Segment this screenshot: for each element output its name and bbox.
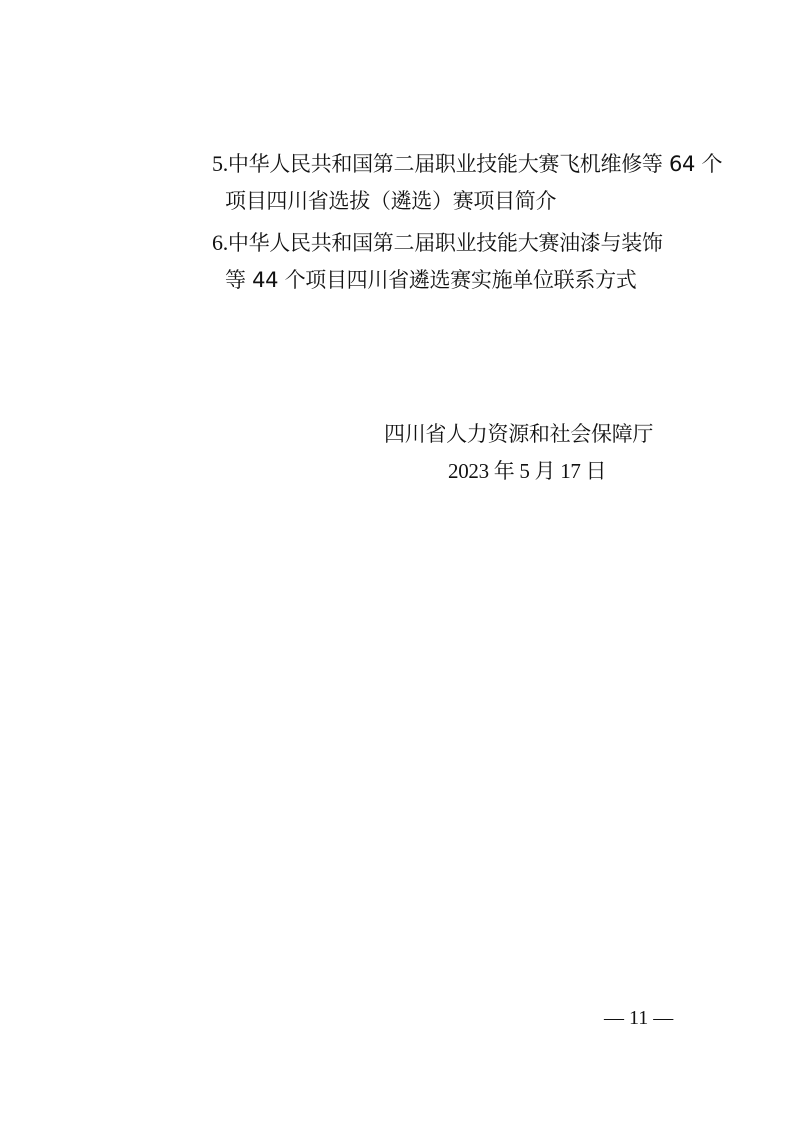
issuing-organization: 四川省人力资源和社会保障厅 [384,421,653,447]
attachment-item-5-line-2: 项目四川省选拔（遴选）赛项目简介 [225,188,556,214]
page-number: — 11 — [604,1006,673,1030]
issue-date: 2023 年 5 月 17 日 [448,458,606,484]
attachment-number: 5. [212,151,228,176]
attachment-number: 6. [212,230,228,255]
attachment-item-6-line-2: 等 44 个项目四川省遴选赛实施单位联系方式 [225,267,636,293]
attachment-item-6-line-1: 6.中华人民共和国第二届职业技能大赛油漆与装饰 [212,230,663,256]
attachment-title: 中华人民共和国第二届职业技能大赛飞机维修等 64 个 [228,152,722,176]
attachment-item-5-line-1: 5.中华人民共和国第二届职业技能大赛飞机维修等 64 个 [212,151,722,177]
attachment-title: 中华人民共和国第二届职业技能大赛油漆与装饰 [228,231,663,255]
